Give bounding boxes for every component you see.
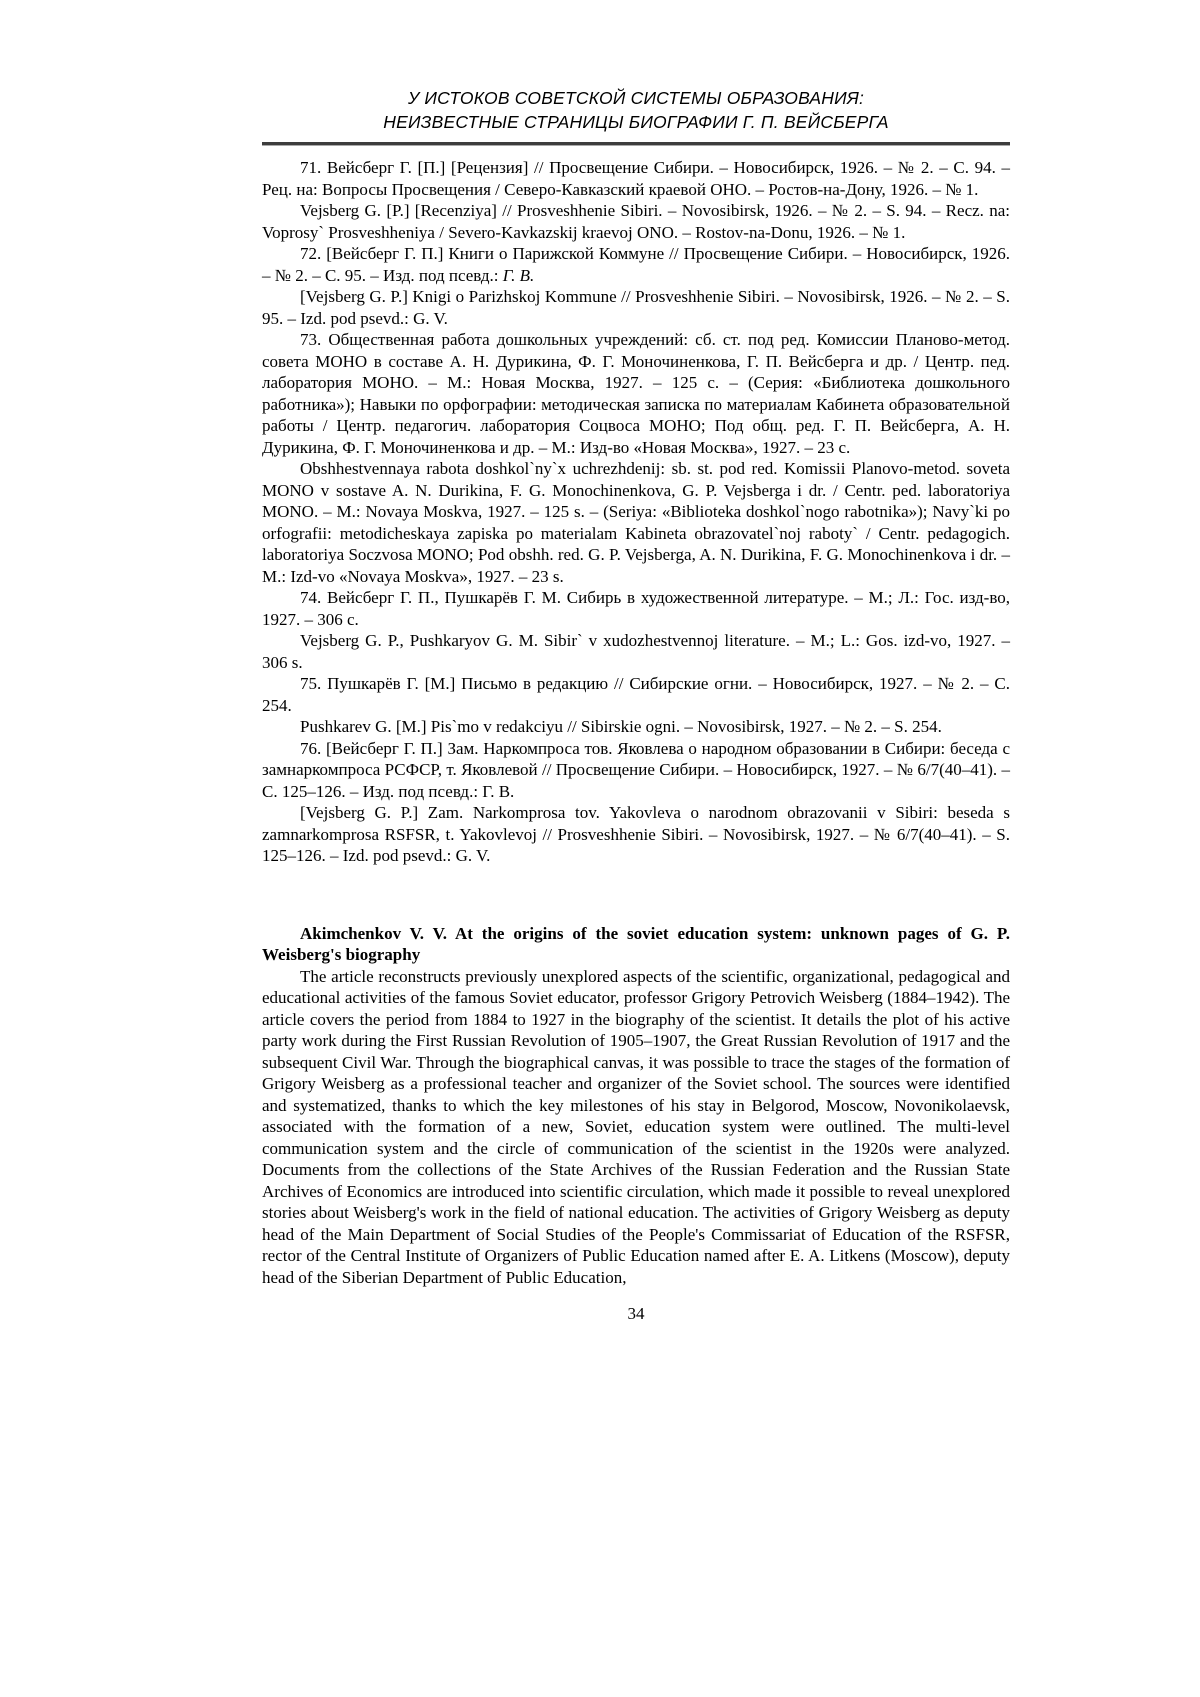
bibliography-entry: 73. Общественная работа дошкольных учреж… [262,329,1010,458]
page-number: 34 [262,1303,1010,1325]
abstract-body: The article reconstructs previously unex… [262,966,1010,1289]
bibliography-entry: Vejsberg G. [P.] [Recenziya] // Prosvesh… [262,200,1010,243]
bibliography-entry: 72. [Вейсберг Г. П.] Книги о Парижской К… [262,243,1010,286]
bibliography-entry: [Vejsberg G. P.] Zam. Narkomprosa tov. Y… [262,802,1010,867]
running-header-line2: НЕИЗВЕСТНЫЕ СТРАНИЦЫ БИОГРАФИИ Г. П. ВЕЙ… [262,110,1010,134]
bibliography-entry: 74. Вейсберг Г. П., Пушкарёв Г. М. Сибир… [262,587,1010,630]
bibliography-entry: 76. [Вейсберг Г. П.] Зам. Наркомпроса то… [262,738,1010,803]
text-column: У ИСТОКОВ СОВЕТСКОЙ СИСТЕМЫ ОБРАЗОВАНИЯ:… [262,0,1010,1288]
document-page: У ИСТОКОВ СОВЕТСКОЙ СИСТЕМЫ ОБРАЗОВАНИЯ:… [0,0,1200,1697]
header-rule [262,142,1010,145]
bibliography-entry: Vejsberg G. P., Pushkaryov G. M. Sibir` … [262,630,1010,673]
bibliography-entry: Pushkarev G. [M.] Pis`mo v redakciyu // … [262,716,1010,738]
bibliography-entry: [Vejsberg G. P.] Knigi o Parizhskoj Komm… [262,286,1010,329]
bibliography-entry: Obshhestvennaya rabota doshkol`ny`x uchr… [262,458,1010,587]
running-header-line1: У ИСТОКОВ СОВЕТСКОЙ СИСТЕМЫ ОБРАЗОВАНИЯ: [262,86,1010,110]
abstract-heading: Akimchenkov V. V. At the origins of the … [262,923,1010,966]
bibliography-entry: 75. Пушкарёв Г. [М.] Письмо в редакцию /… [262,673,1010,716]
running-header: У ИСТОКОВ СОВЕТСКОЙ СИСТЕМЫ ОБРАЗОВАНИЯ:… [262,86,1010,134]
bibliography-entry: 71. Вейсберг Г. [П.] [Рецензия] // Просв… [262,157,1010,200]
bibliography-list: 71. Вейсберг Г. [П.] [Рецензия] // Просв… [262,157,1010,867]
